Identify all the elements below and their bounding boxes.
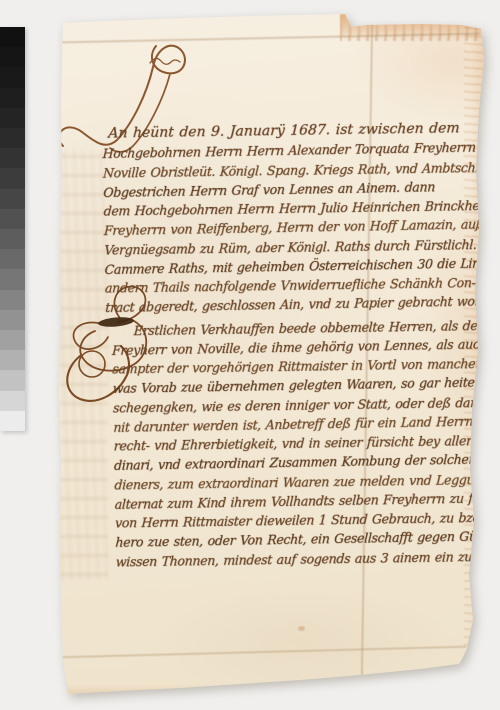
manuscript-text: An heünt den 9. Januarÿ 1687. ist zwisch… (94, 119, 470, 572)
paragraph-1: An heünt den 9. Januarÿ 1687. ist zwisch… (94, 119, 465, 318)
manuscript-page: An heünt den 9. Januarÿ 1687. ist zwisch… (0, 0, 500, 710)
scan-canvas: An heünt den 9. Januarÿ 1687. ist zwisch… (0, 0, 500, 710)
manuscript-page-wrapper: An heünt den 9. Januarÿ 1687. ist zwisch… (0, 0, 500, 710)
paragraph-2: Erstlichen Verkhauffen beede obbemelte H… (98, 315, 470, 572)
stain (298, 626, 305, 631)
